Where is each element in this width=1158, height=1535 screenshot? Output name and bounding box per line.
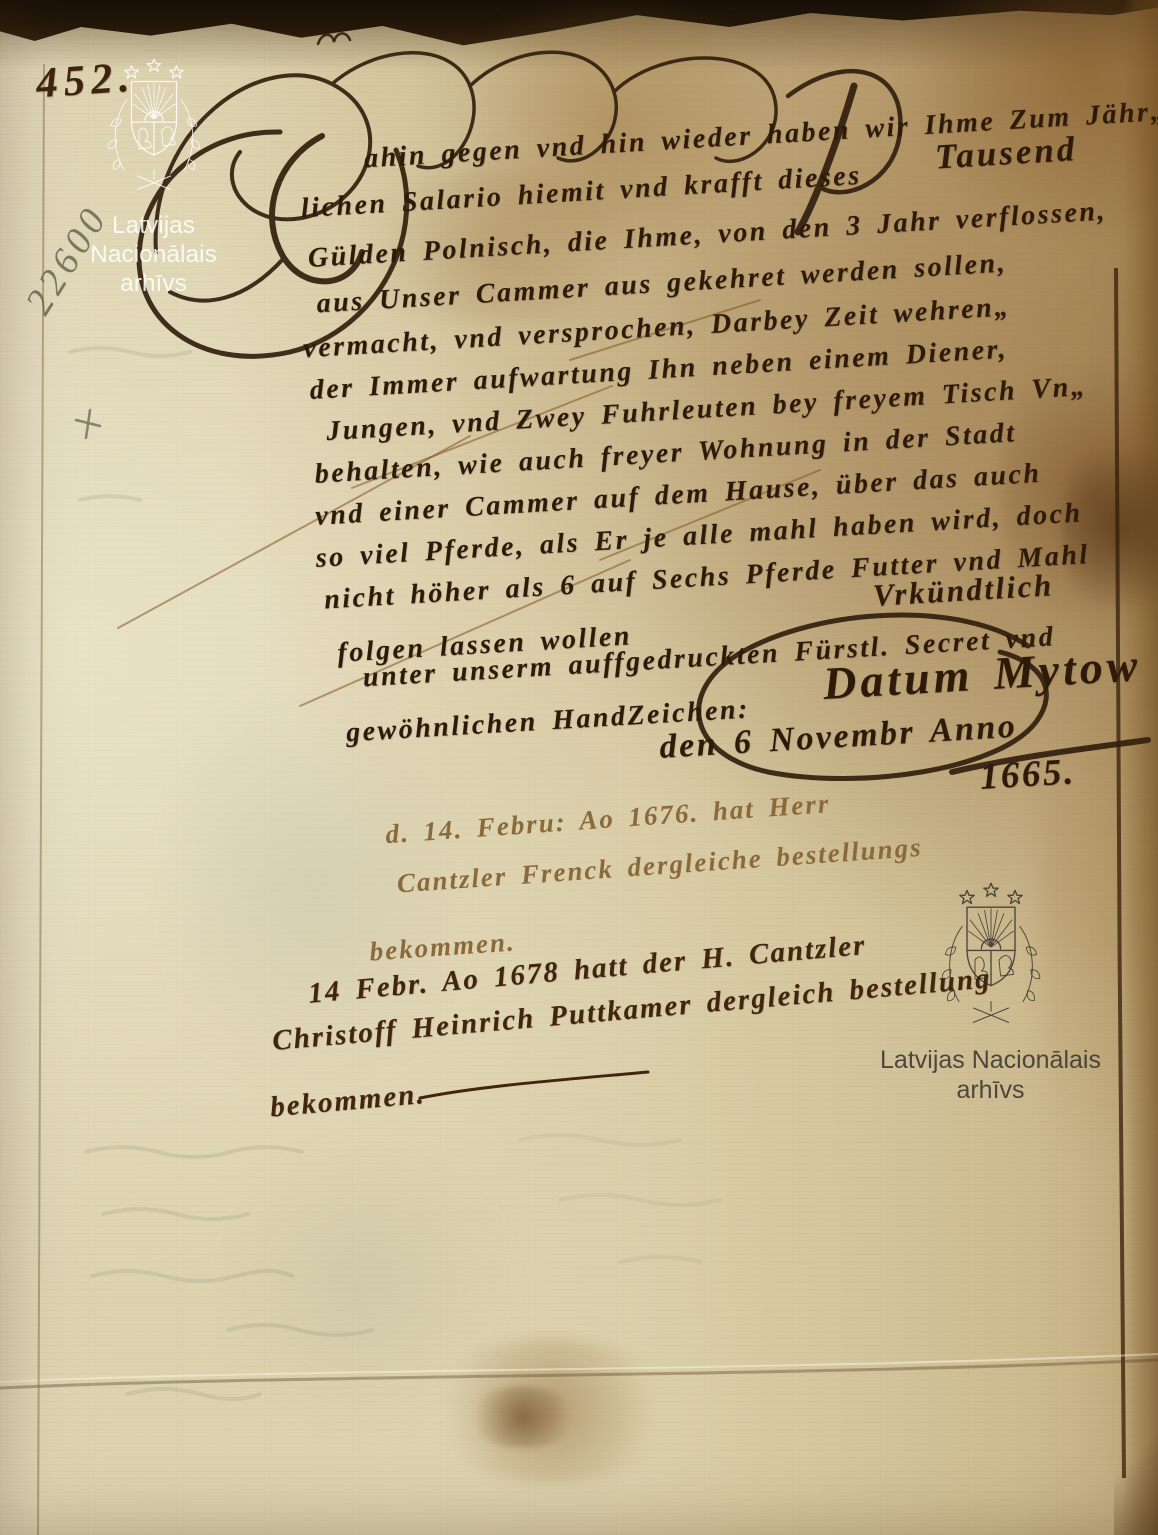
manuscript-body: ahin gegen vnd hin wieder haben wir Ihme… [285, 90, 1158, 881]
bottom-right-corner-shadow [1114, 1405, 1158, 1535]
watermark-text-line2: arhīvs [46, 270, 261, 299]
manuscript-word-tausend: Tausend [934, 129, 1078, 177]
watermark-text-line1: Latvijas Nacionālais [46, 212, 261, 270]
archive-watermark-top: Latvijas Nacionālais arhīvs [46, 56, 261, 299]
pencil-cross-mark [76, 410, 100, 438]
bleedthrough-patch-2 [210, 1150, 520, 1420]
stain-bottom-core [466, 1386, 578, 1448]
manuscript-scan-page: 452. 22600 Latvijas Nacionālais arhīvs L… [0, 0, 1158, 1535]
annotation-line: bekommen. [269, 1078, 427, 1124]
coat-of-arms-icon [95, 56, 213, 206]
stain-bottom [418, 1338, 683, 1483]
